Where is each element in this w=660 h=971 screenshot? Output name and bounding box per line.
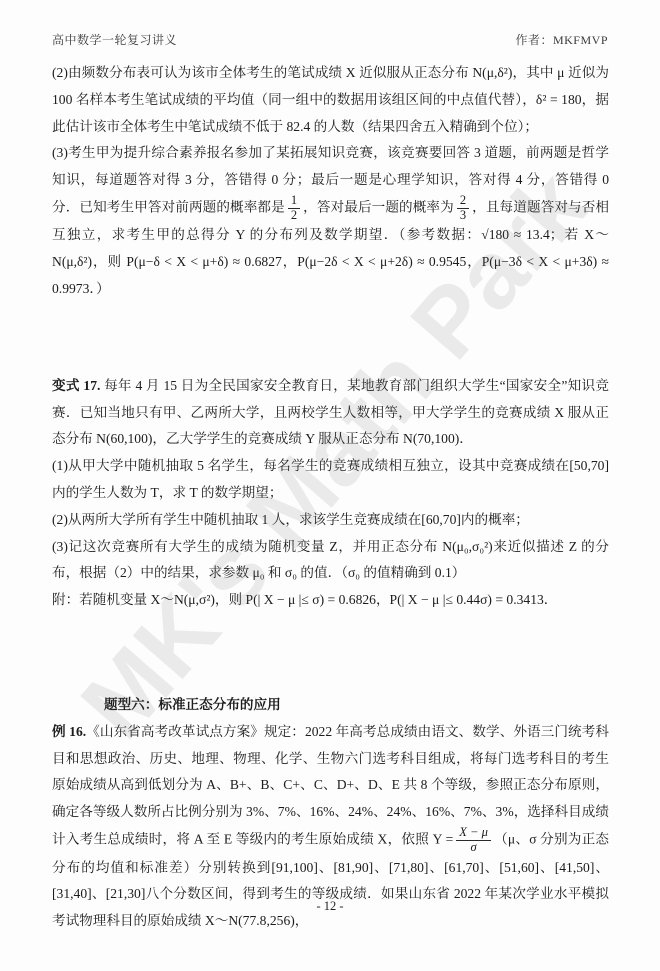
example16-label: 例 16. (52, 724, 86, 739)
fraction-x-minus-mu-over-sigma: X − μσ (456, 826, 491, 855)
fraction-denominator: 3 (457, 208, 469, 223)
paragraph-variant17-q3: (3)记这次竞赛所有大学生的成绩为随机变量 Z，并用正态分布 N(μ₀,σ₀²)… (52, 534, 609, 588)
part3-text-b: ，答对最后一题的概率为 (303, 199, 454, 214)
example16-text-a: 《山东省高考改革试点方案》规定：2022 年高考总成绩由语文、数学、外语三门统考… (52, 724, 609, 847)
fraction-numerator: 2 (457, 194, 469, 208)
paragraph-variant17-q1: (1)从甲大学中随机抽取 5 名学生，每名学生的竞赛成绩相互独立，设其中竞赛成绩… (52, 453, 609, 507)
paragraph-variant17-note: 附：若随机变量 X～N(μ,σ²)，则 P(| X − μ |≤ σ) = 0.… (52, 587, 609, 614)
fraction-one-half: 12 (288, 194, 300, 223)
fraction-two-thirds: 23 (457, 194, 469, 223)
page-header: 高中数学一轮复习讲义 作者：MKFMVP (52, 31, 608, 48)
page-number: - 12 - (0, 899, 660, 914)
section-heading-type6: 题型六：标准正态分布的应用 (52, 692, 609, 719)
paragraph-variant17: 变式 17. 每年 4 月 15 日为全民国家安全教育日，某地教育部门组织大学生… (52, 373, 609, 453)
fraction-denominator: 2 (288, 208, 300, 223)
fraction-numerator: X − μ (456, 826, 491, 840)
header-title: 高中数学一轮复习讲义 (52, 31, 177, 48)
fraction-numerator: 1 (288, 194, 300, 208)
paragraph-part2: (2)由频数分布表可认为该市全体考生的笔试成绩 X 近似服从正态分布 N(μ,δ… (52, 60, 609, 140)
document-page: 高中数学一轮复习讲义 作者：MKFMVP (2)由频数分布表可认为该市全体考生的… (0, 0, 660, 971)
variant17-text: 每年 4 月 15 日为全民国家安全教育日，某地教育部门组织大学生“国家安全”知… (52, 378, 609, 447)
fraction-denominator: σ (456, 840, 491, 855)
paragraph-part3: (3)考生甲为提升综合素养报名参加了某拓展知识竞赛，该竞赛要回答 3 道题，前两… (52, 140, 609, 302)
header-author: 作者：MKFMVP (515, 31, 608, 48)
paragraph-variant17-q2: (2)从两所大学所有学生中随机抽取 1 人，求该学生竞赛成绩在[60,70]内的… (52, 507, 609, 534)
variant17-label: 变式 17. (52, 378, 100, 393)
document-body: (2)由频数分布表可认为该市全体考生的笔试成绩 X 近似服从正态分布 N(μ,δ… (52, 60, 609, 935)
